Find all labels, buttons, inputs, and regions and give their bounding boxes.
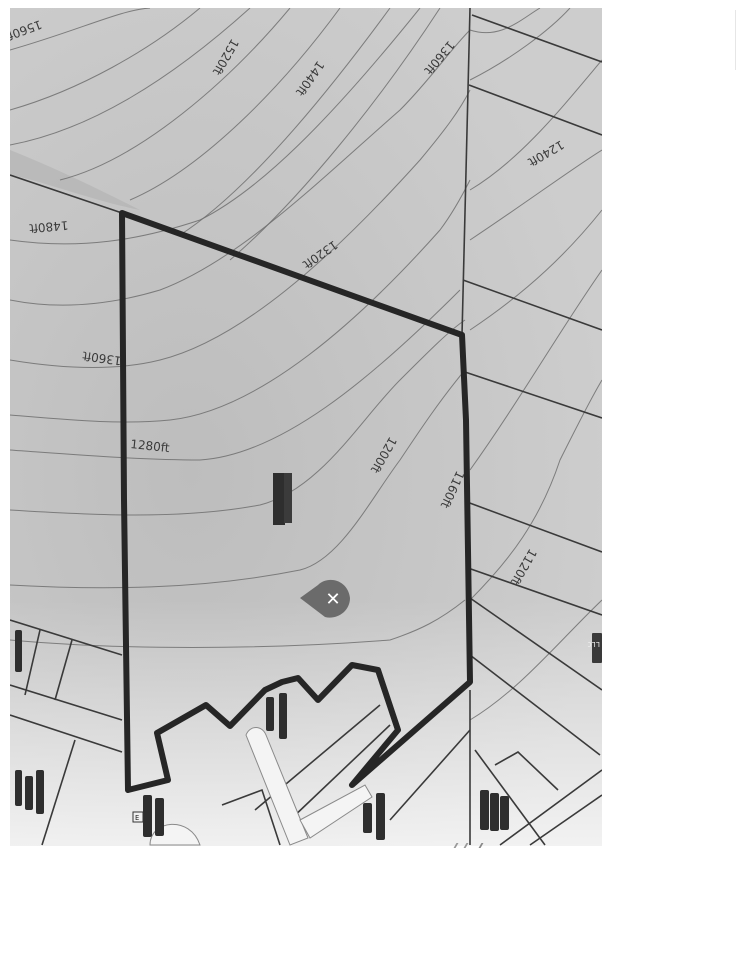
address-block bbox=[15, 630, 22, 672]
scan-artifacts bbox=[450, 843, 570, 849]
street-label: E bbox=[135, 814, 139, 822]
address-block bbox=[284, 473, 292, 523]
address-block bbox=[273, 473, 285, 525]
map-image: 1560ft 1520ft 1440ft 1360ft 1480ft 1320f… bbox=[10, 8, 602, 846]
address-block bbox=[155, 798, 164, 836]
topographic-map: 1560ft 1520ft 1440ft 1360ft 1480ft 1320f… bbox=[10, 8, 602, 846]
page-edge-line bbox=[735, 10, 736, 70]
address-block bbox=[15, 770, 22, 806]
address-block bbox=[25, 776, 33, 810]
address-block bbox=[36, 770, 44, 814]
address-block bbox=[480, 790, 489, 830]
address-block bbox=[143, 795, 152, 837]
address-block bbox=[500, 796, 509, 830]
address-block bbox=[266, 697, 274, 731]
street-label: LLC bbox=[587, 640, 600, 648]
address-block bbox=[363, 803, 372, 833]
address-block bbox=[490, 793, 499, 831]
close-x-pin-icon: ✕ bbox=[325, 589, 340, 610]
terrain-lowland-fade bbox=[10, 600, 602, 846]
address-block bbox=[279, 693, 287, 739]
address-block bbox=[376, 793, 385, 840]
